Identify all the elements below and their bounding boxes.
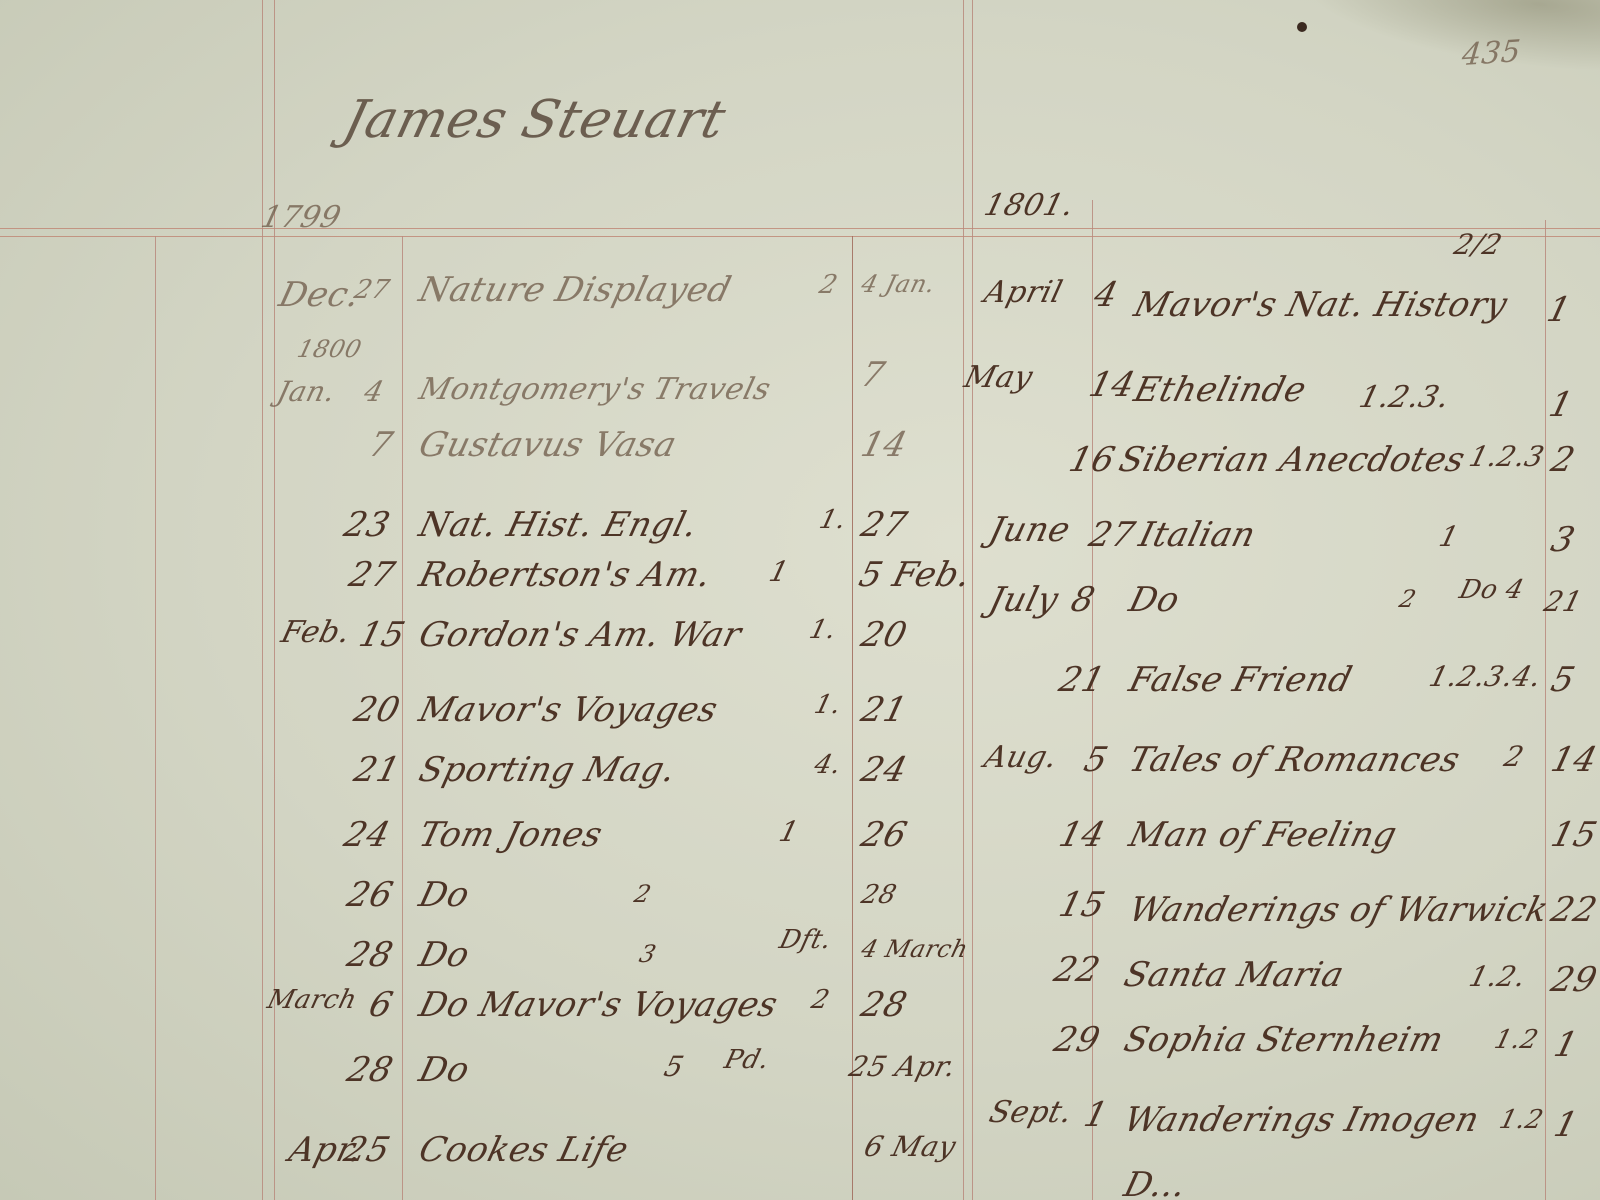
entry-volume: 1.: [816, 505, 849, 535]
entry-volume: 2: [632, 880, 655, 908]
entry-month: May: [961, 360, 1037, 395]
entry-day: 8: [1067, 580, 1099, 620]
entry-title: Ethelinde: [1130, 370, 1311, 410]
entry-volume: 4.: [811, 750, 844, 780]
entry-day: 20: [350, 690, 404, 730]
entry-returned: 2: [1547, 440, 1579, 480]
entry-month: Feb.: [278, 615, 354, 650]
entry-returned: 6 May: [861, 1130, 960, 1163]
entry-title: Robertson's Am.: [415, 555, 715, 595]
entry-title: Cookes Life: [415, 1130, 633, 1170]
entry-volume: 1: [776, 815, 803, 848]
entry-day: 16: [1065, 440, 1119, 480]
folio-number: 435: [1460, 34, 1522, 73]
entry-returned: 14: [857, 425, 911, 465]
entry-month: March: [264, 985, 360, 1015]
entry-title: Do: [415, 935, 474, 975]
entry-volume: 1.2.: [1466, 960, 1530, 993]
header-rule-2: [0, 236, 1600, 237]
entry-title: Gustavus Vasa: [415, 425, 681, 465]
entry-title: Siberian Anecdotes: [1115, 440, 1469, 480]
entry-title: False Friend: [1125, 660, 1356, 700]
entry-returned: 27: [857, 505, 911, 545]
column-rule: [262, 0, 263, 1200]
column-rule: [972, 0, 973, 1200]
entry-day: 27: [1085, 515, 1139, 555]
entry-title: Mavor's Nat. History: [1130, 285, 1511, 325]
entry-title: Gordon's Am. War: [415, 615, 746, 655]
entry-returned: 1: [1545, 385, 1577, 425]
entry-title: Sporting Mag.: [415, 750, 680, 790]
entry-note: Dft.: [776, 925, 835, 955]
entry-returned: 1: [1543, 290, 1575, 330]
entry-returned: 15: [1547, 815, 1600, 855]
entry-title: Nat. Hist. Engl.: [415, 505, 702, 545]
entry-day: 22: [1050, 950, 1104, 990]
entry-month: Dec.: [275, 275, 364, 315]
entry-returned: 22: [1547, 890, 1600, 930]
entry-returned: 21: [1541, 585, 1586, 618]
entry-returned: 7: [857, 355, 889, 395]
entry-day: 1: [1080, 1095, 1112, 1135]
column-rule: [155, 236, 156, 1200]
entry-volume: 1.: [806, 615, 839, 645]
entry-day: 4: [361, 375, 388, 408]
entry-title: Wanderings Imogen: [1120, 1100, 1483, 1140]
column-rule: [1545, 220, 1546, 1200]
entry-returned: 29: [1547, 960, 1600, 1000]
entry-title: Santa Maria: [1120, 955, 1348, 995]
entry-day: 21: [1055, 660, 1109, 700]
entry-day: 27: [345, 555, 399, 595]
entry-returned: 28: [857, 985, 911, 1025]
ink-spot: [1297, 22, 1307, 32]
entry-day: 5: [1080, 740, 1112, 780]
column-rule: [963, 0, 964, 1200]
entry-title: Montgomery's Travels: [416, 372, 775, 407]
entry-returned: 25 Apr.: [846, 1050, 960, 1083]
entry-note: Pd.: [721, 1045, 772, 1075]
entry-day: 6: [365, 985, 397, 1025]
entry-returned: 1: [1550, 1105, 1582, 1145]
entry-day: 24: [340, 815, 394, 855]
entry-month: Sept.: [986, 1095, 1076, 1130]
entry-volume: 1.2.3.: [1356, 380, 1454, 415]
entry-day: 28: [343, 1050, 397, 1090]
entry-day: 23: [340, 505, 394, 545]
entry-title: Man of Feeling: [1125, 815, 1401, 855]
entry-day: 28: [343, 935, 397, 975]
entry-volume: 1.2: [1496, 1105, 1546, 1135]
entry-returned: 4 March: [859, 935, 972, 963]
corner-note: 2/2: [1451, 228, 1506, 261]
entry-day: 4: [1090, 275, 1122, 315]
entry-volume: 1.2.3.4.: [1426, 660, 1545, 693]
entry-volume: 1.2.3: [1466, 440, 1548, 473]
entry-note: Do 4: [1456, 575, 1527, 605]
entry-day: 14: [1085, 365, 1139, 405]
entry-volume: 2: [1501, 740, 1528, 773]
entry-title: Do: [1125, 580, 1184, 620]
entry-title: Nature Displayed: [415, 270, 735, 310]
column-rule: [274, 0, 275, 1200]
entry-month: July: [985, 580, 1063, 620]
ledger-page: 435 James Steuart 1799 1801. 2/2 Dec. 27…: [0, 0, 1600, 1200]
entry-day: 27: [351, 275, 393, 305]
entry-volume: 5: [661, 1050, 688, 1083]
entry-returned: 14: [1547, 740, 1600, 780]
entry-volume: 2: [808, 985, 833, 1015]
entry-month: Jan.: [274, 375, 339, 408]
entry-title: D...: [1120, 1165, 1190, 1200]
entry-returned: 4 Jan.: [859, 270, 939, 298]
entry-volume: 1.: [811, 690, 844, 720]
entry-volume: 1.2: [1491, 1025, 1541, 1055]
entry-month: April: [981, 275, 1067, 310]
entry-returned: 1: [1550, 1025, 1582, 1065]
entry-day: 7: [365, 425, 397, 465]
entry-title: Wanderings of Warwick: [1125, 890, 1553, 930]
entry-returned: 28: [858, 880, 900, 910]
entry-month: Aug.: [981, 740, 1061, 775]
left-year-header: 1799: [258, 200, 345, 235]
entry-title: Do: [415, 875, 474, 915]
entry-returned: 26: [857, 815, 911, 855]
entry-day: 21: [350, 750, 404, 790]
entry-title: Do Mavor's Voyages: [415, 985, 782, 1025]
entry-month: June: [985, 510, 1075, 550]
page-curl-shadow: [1296, 0, 1600, 78]
year-marker: 1800: [295, 335, 365, 363]
entry-returned: 5: [1547, 660, 1579, 700]
entry-volume: 1: [766, 555, 793, 588]
entry-returned: 5 Feb.: [855, 555, 975, 595]
entry-volume: 2: [816, 270, 841, 300]
entry-returned: 21: [857, 690, 911, 730]
entry-day: 26: [343, 875, 397, 915]
entry-volume: 3: [637, 940, 660, 968]
entry-volume: 2: [1397, 585, 1420, 613]
entry-day: 25: [340, 1130, 394, 1170]
entry-day: 15: [1055, 885, 1109, 925]
column-rule: [402, 236, 403, 1200]
right-year-header: 1801.: [981, 188, 1078, 223]
header-rule: [0, 228, 1600, 229]
entry-day: 29: [1050, 1020, 1104, 1060]
entry-title: Do: [415, 1050, 474, 1090]
entry-day: 14: [1055, 815, 1109, 855]
entry-returned: 24: [857, 750, 911, 790]
entry-volume: 1: [1436, 520, 1463, 553]
entry-title: Tom Jones: [415, 815, 607, 855]
entry-title: Italian: [1135, 515, 1260, 555]
entry-title: Sophia Sternheim: [1120, 1020, 1448, 1060]
entry-returned: 20: [857, 615, 911, 655]
entry-returned: 3: [1547, 520, 1579, 560]
entry-title: Tales of Romances: [1125, 740, 1464, 780]
entry-title: Mavor's Voyages: [415, 690, 722, 730]
borrower-name: James Steuart: [338, 90, 732, 150]
